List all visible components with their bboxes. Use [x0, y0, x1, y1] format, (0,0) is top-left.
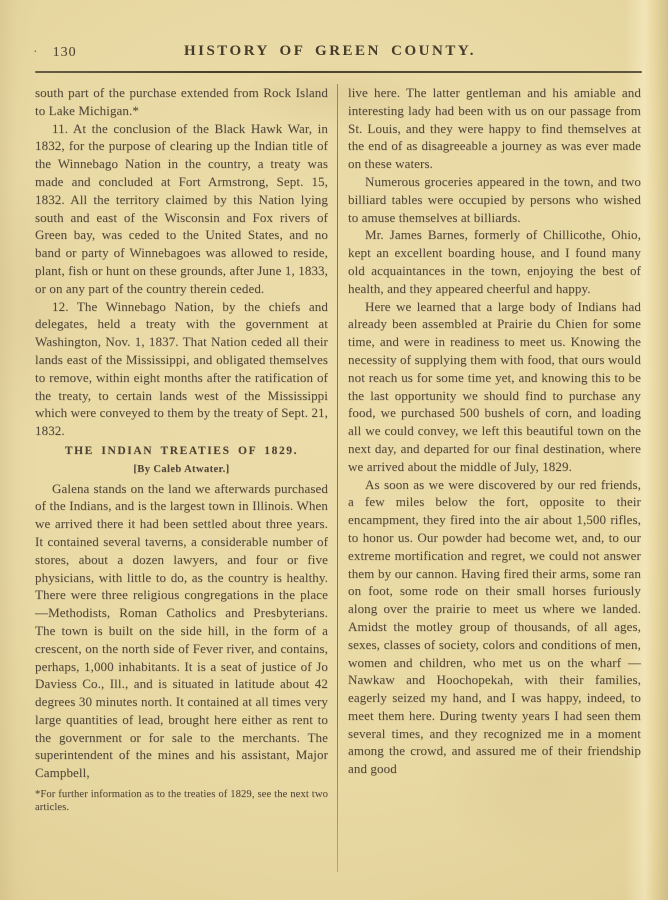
- paragraph: Here we learned that a large body of Ind…: [348, 298, 641, 476]
- right-column: live here. The latter gentleman and his …: [348, 84, 641, 814]
- paragraph: live here. The latter gentleman and his …: [348, 84, 641, 173]
- paragraph: Galena stands on the land we afterwards …: [35, 480, 328, 783]
- paragraph: As soon as we were discovered by our red…: [348, 476, 641, 779]
- footnote: *For further information as to the treat…: [35, 789, 328, 814]
- running-head: 130 HISTORY OF GREEN COUNTY.: [14, 43, 646, 65]
- byline: [By Caleb Atwater.]: [35, 461, 328, 479]
- column-divider-rule: [337, 84, 338, 872]
- section-heading: THE INDIAN TREATIES OF 1829.: [35, 443, 328, 461]
- paragraph: Mr. James Barnes, formerly of Chillicoth…: [348, 226, 641, 297]
- paragraph: 12. The Winnebago Nation, by the chiefs …: [35, 298, 328, 440]
- text-columns: south part of the purchase extended from…: [35, 84, 641, 814]
- header-rule: [35, 71, 642, 73]
- paragraph: Numerous groceries appeared in the town,…: [348, 173, 641, 226]
- paragraph: south part of the purchase extended from…: [35, 84, 328, 120]
- book-page-scan: 130 HISTORY OF GREEN COUNTY. south part …: [0, 0, 668, 900]
- paragraph: 11. At the conclusion of the Black Hawk …: [35, 120, 328, 298]
- left-column: south part of the purchase extended from…: [35, 84, 328, 814]
- page-title: HISTORY OF GREEN COUNTY.: [14, 43, 646, 60]
